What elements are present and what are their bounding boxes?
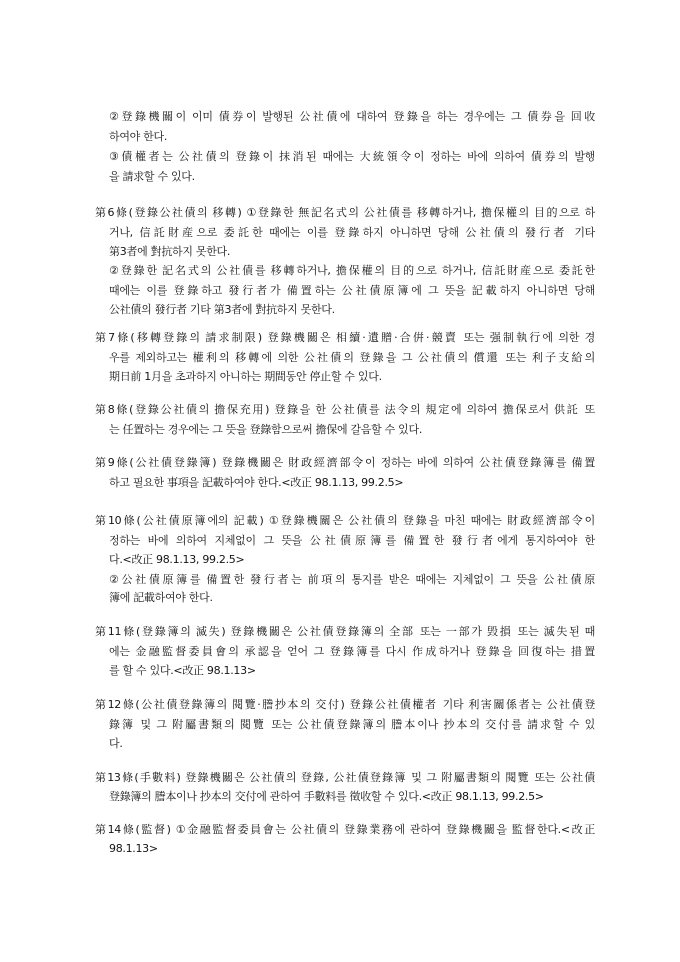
article-heading-line: 第8條(登錄公社債의 擔保充用) 登錄을 한 公社債를 法令의 規定에 의하여 … — [95, 403, 595, 417]
article-text-line: 錄簿 및 그 附屬書類의 閱覽 또는 公社債登錄簿의 謄本이나 抄本의 交付를 … — [109, 718, 595, 732]
article-text-line: ②登錄한 記名式의 公社債를 移轉하거나, 擔保權의 目的으로 하거나, 信託財… — [109, 264, 595, 278]
article-text-line: 登錄簿의 謄本이나 抄本의 交付에 관하여 手數料를 徵收할 수 있다.<改正 … — [109, 790, 544, 804]
article-text-line: 公社債의 發行者 기타 第3者에 對抗하지 못한다. — [109, 303, 335, 317]
article-text-line: 거나, 信託財産으로 委託한 때에는 이를 登錄하지 아니하면 당해 公社債의 … — [109, 226, 595, 240]
article-text-line: 簿에 記載하여야 한다. — [109, 591, 213, 605]
article-text-line: 第3者에 對抗하지 못한다. — [109, 245, 230, 259]
article-text-line: 다.<改正 98.1.13, 99.2.5> — [109, 553, 244, 567]
article-text-line: 때에는 이를 登錄하고 發行者가 備置하는 公社債原簿에 그 뜻을 記載하지 아… — [109, 284, 595, 298]
article-text-line: 에는 金融監督委員會의 承認을 얻어 그 登錄簿를 다시 作成하거나 登錄을 回… — [109, 645, 595, 659]
article-heading-line: 第14條(監督) ①金融監督委員會는 公社債의 登錄業務에 관하여 登錄機關을 … — [95, 823, 595, 837]
article-text-line: 를 할 수 있다.<改正 98.1.13> — [109, 664, 256, 678]
article-text-line: 期日前 1月을 초과하지 아니하는 期間동안 停止할 수 있다. — [109, 370, 382, 384]
article-heading-line: 第12條(公社債登錄簿의 閱覽·謄抄本의 交付) 登錄公社債權者 기타 利害關係… — [95, 698, 595, 712]
article-text-line: 98.1.13> — [109, 842, 158, 856]
article-text-line: 우를 제외하고는 權利의 移轉에 의한 公社債의 登錄을 그 公社債의 償還 또… — [109, 351, 595, 365]
article-heading-line: 第6條(登錄公社債의 移轉) ①登錄한 無記名式의 公社債를 移轉하거나, 擔保… — [95, 206, 595, 220]
article-text-line: ③債權者는 公社債의 登錄이 抹消된 때에는 大統領令이 정하는 바에 의하여 … — [109, 150, 595, 164]
document-page: ②登錄機關이 이미 債券이 발행된 公社債에 대하여 登錄을 하는 경우에는 그… — [0, 0, 680, 962]
article-text-line: 정하는 바에 의하여 지체없이 그 뜻을 公社債原簿를 備置한 發行者에게 통지… — [109, 534, 595, 548]
article-heading-line: 第10條(公社債原簿에의 記載) ①登錄機關은 公社債의 登錄을 마친 때에는 … — [95, 514, 595, 528]
article-text-line: 는 任置하는 경우에는 그 뜻을 登錄함으로써 擔保에 갈음할 수 있다. — [109, 423, 422, 437]
article-text-line: ②公社債原簿를 備置한 發行者는 前項의 통지를 받은 때에는 지체없이 그 뜻… — [109, 573, 595, 587]
article-heading-line: 第9條(公社債登錄簿) 登錄機關은 財政經濟部令이 정하는 바에 의하여 公社債… — [95, 456, 595, 470]
article-heading-line: 第11條(登錄簿의 滅失) 登錄機關은 公社債登錄簿의 全部 또는 一部가 毁損… — [95, 625, 595, 639]
article-heading-line: 第7條(移轉登錄의 請求制限) 登錄機關은 相續·遺贈·合倂·競賣 또는 强制執… — [95, 331, 595, 345]
article-heading-line: 第13條(手數料) 登錄機關은 公社債의 登錄, 公社債登錄簿 및 그 附屬書類… — [95, 771, 595, 785]
article-text-line: 다. — [109, 737, 123, 751]
article-text-line: 하고 필요한 事項을 記載하여야 한다.<改正 98.1.13, 99.2.5> — [109, 476, 403, 490]
article-text-line: 하여야 한다. — [109, 130, 167, 144]
article-text-line: ②登錄機關이 이미 債券이 발행된 公社債에 대하여 登錄을 하는 경우에는 그… — [109, 110, 595, 124]
article-text-line: 을 請求할 수 있다. — [109, 170, 195, 184]
